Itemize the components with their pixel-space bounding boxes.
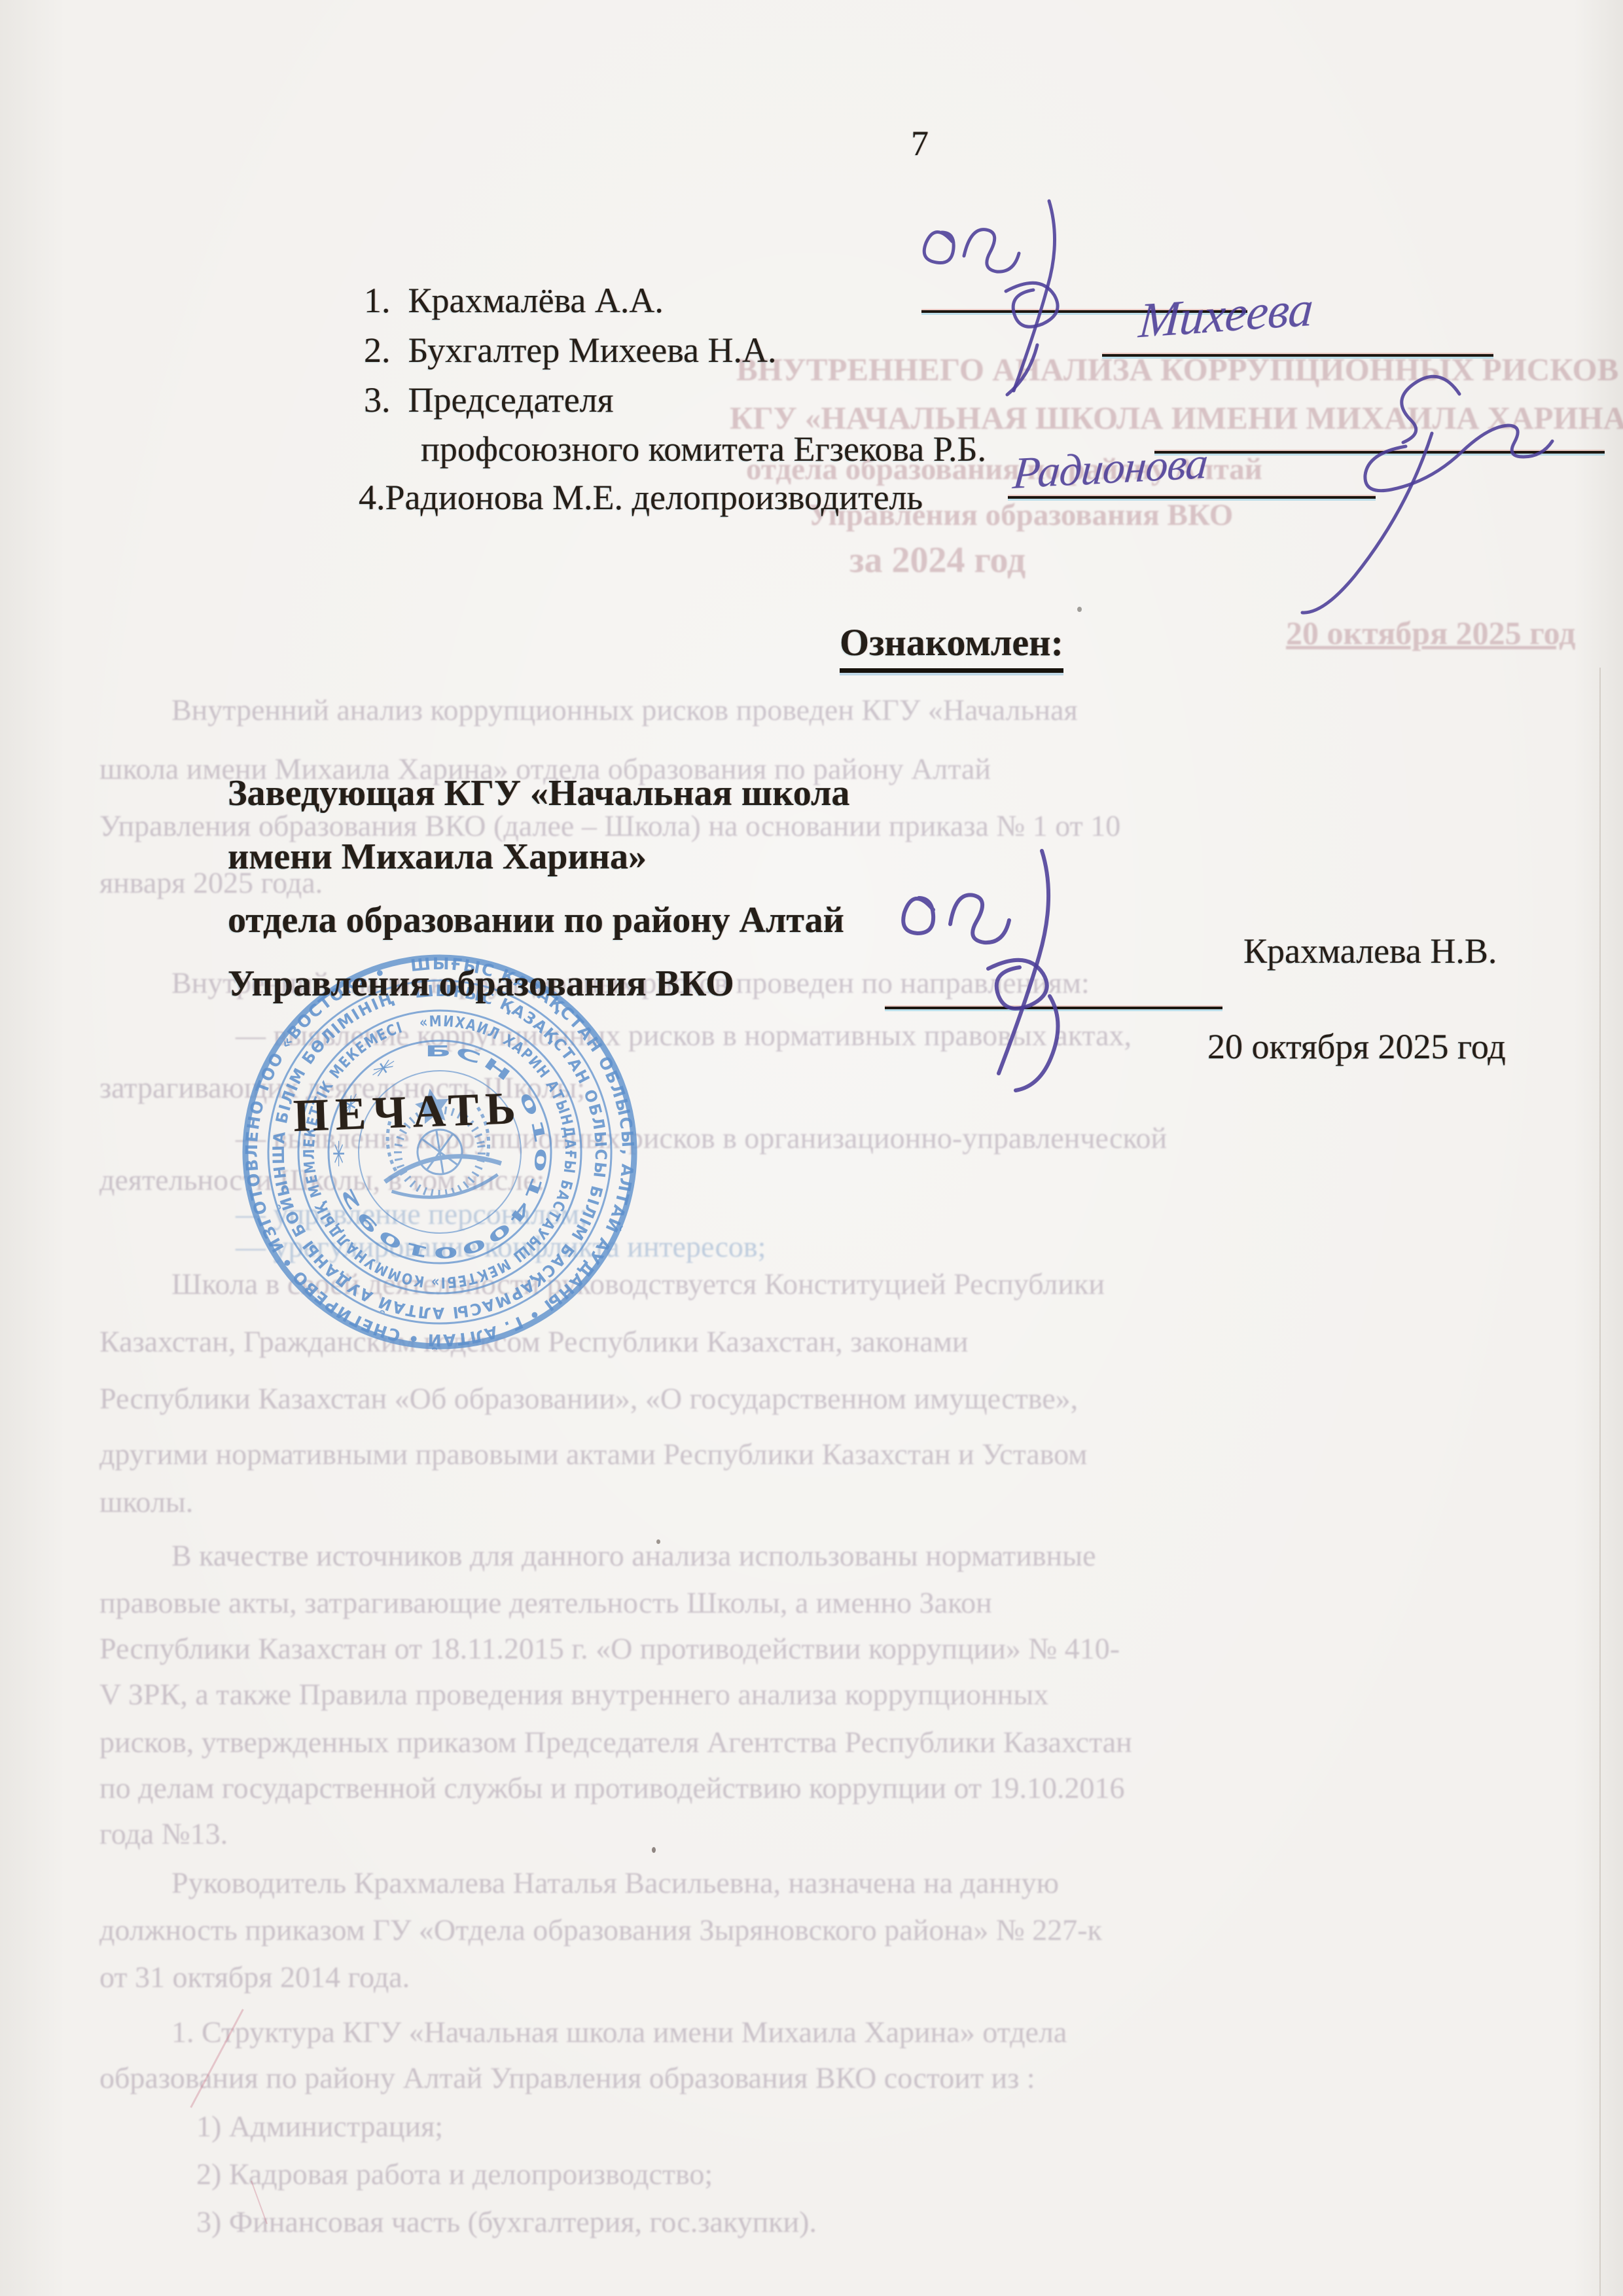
ghost-line: должность приказом ГУ «Отдела образовани… xyxy=(99,1912,1102,1947)
ghost-line: Внутренний анализ коррупционных рисков п… xyxy=(171,692,1078,727)
ghost-line: V ЗРК, а также Правила проведения внутре… xyxy=(99,1677,1048,1712)
head-name: Крахмалева Н.В. xyxy=(1243,931,1497,971)
committee-line: профсоюзного комитета Егзекова Р.Б. xyxy=(421,429,986,469)
signature-scribble-head xyxy=(890,831,1106,1093)
committee-line: 1. Крахмалёва А.А. xyxy=(364,280,664,321)
ghost-line: школы. xyxy=(99,1484,193,1519)
ghost-line: 2) Кадровая работа и делопроизводство; xyxy=(196,2157,713,2191)
page-number: 7 xyxy=(911,123,929,164)
signatory-block-line: отдела образовании по району Алтай xyxy=(228,899,844,941)
ghost-line: другими нормативными правовыми актами Ре… xyxy=(99,1437,1087,1471)
ghost-line: от 31 октября 2014 года. xyxy=(99,1960,410,1994)
ghost-line: образования по району Алтай Управления о… xyxy=(99,2060,1035,2095)
signatory-block-line: имени Михаила Харина» xyxy=(228,836,647,878)
ghost-line: Республики Казахстан «Об образовании», «… xyxy=(99,1381,1078,1416)
signature-scribble-krahmaleva-aa xyxy=(913,193,1109,409)
acknowledged-label: Ознакомлен: xyxy=(840,620,1063,673)
committee-line: 2. Бухгалтер Михеева Н.А. xyxy=(364,330,777,370)
stamp-overlay-word: ПЕЧАТЬ xyxy=(293,1083,523,1143)
date-line: 20 октября 2025 год xyxy=(1207,1026,1506,1067)
ghost-line: Республики Казахстан от 18.11.2015 г. «О… xyxy=(99,1631,1120,1666)
signature-radionova: Радионова xyxy=(1011,437,1210,499)
scan-edge-line xyxy=(1599,668,1601,2296)
signature-miheeva: Михеева xyxy=(1137,280,1314,350)
signature-scribble-egzekova xyxy=(1198,353,1564,628)
ghost-line: 3) Финансовая часть (бухгалтерия, гос.за… xyxy=(196,2204,817,2239)
ghost-line: В качестве источников для данного анализ… xyxy=(171,1538,1096,1573)
scanned-page: ВНУТРЕННЕГО АНАЛИЗА КОРРУПЦИОННЫХ РИСКОВ… xyxy=(0,0,1623,2296)
scan-speck xyxy=(652,1847,656,1853)
scan-speck xyxy=(656,1539,660,1544)
committee-line: 3. Председателя xyxy=(364,380,614,420)
committee-line: 4.Радионова М.Е. делопроизводитель xyxy=(359,477,923,518)
ghost-line: 1. Структура КГУ «Начальная школа имени … xyxy=(171,2015,1067,2049)
ghost-line: 1) Администрация; xyxy=(196,2109,443,2144)
scan-speck xyxy=(1077,607,1082,612)
ghost-line: по делам государственной службы и против… xyxy=(99,1770,1124,1805)
ghost-line: рисков, утвержденных приказом Председате… xyxy=(99,1725,1132,1759)
ghost-line: года №13. xyxy=(99,1816,228,1851)
ghost-line: за 2024 год xyxy=(849,539,1026,581)
signatory-block-line: Заведующая КГУ «Начальная школа xyxy=(228,772,849,814)
signatory-block-line: Управления образования ВКО xyxy=(228,963,734,1005)
ghost-line: правовые акты, затрагивающие деятельност… xyxy=(99,1585,992,1620)
ghost-line: Руководитель Крахмалева Наталья Васильев… xyxy=(171,1865,1059,1900)
